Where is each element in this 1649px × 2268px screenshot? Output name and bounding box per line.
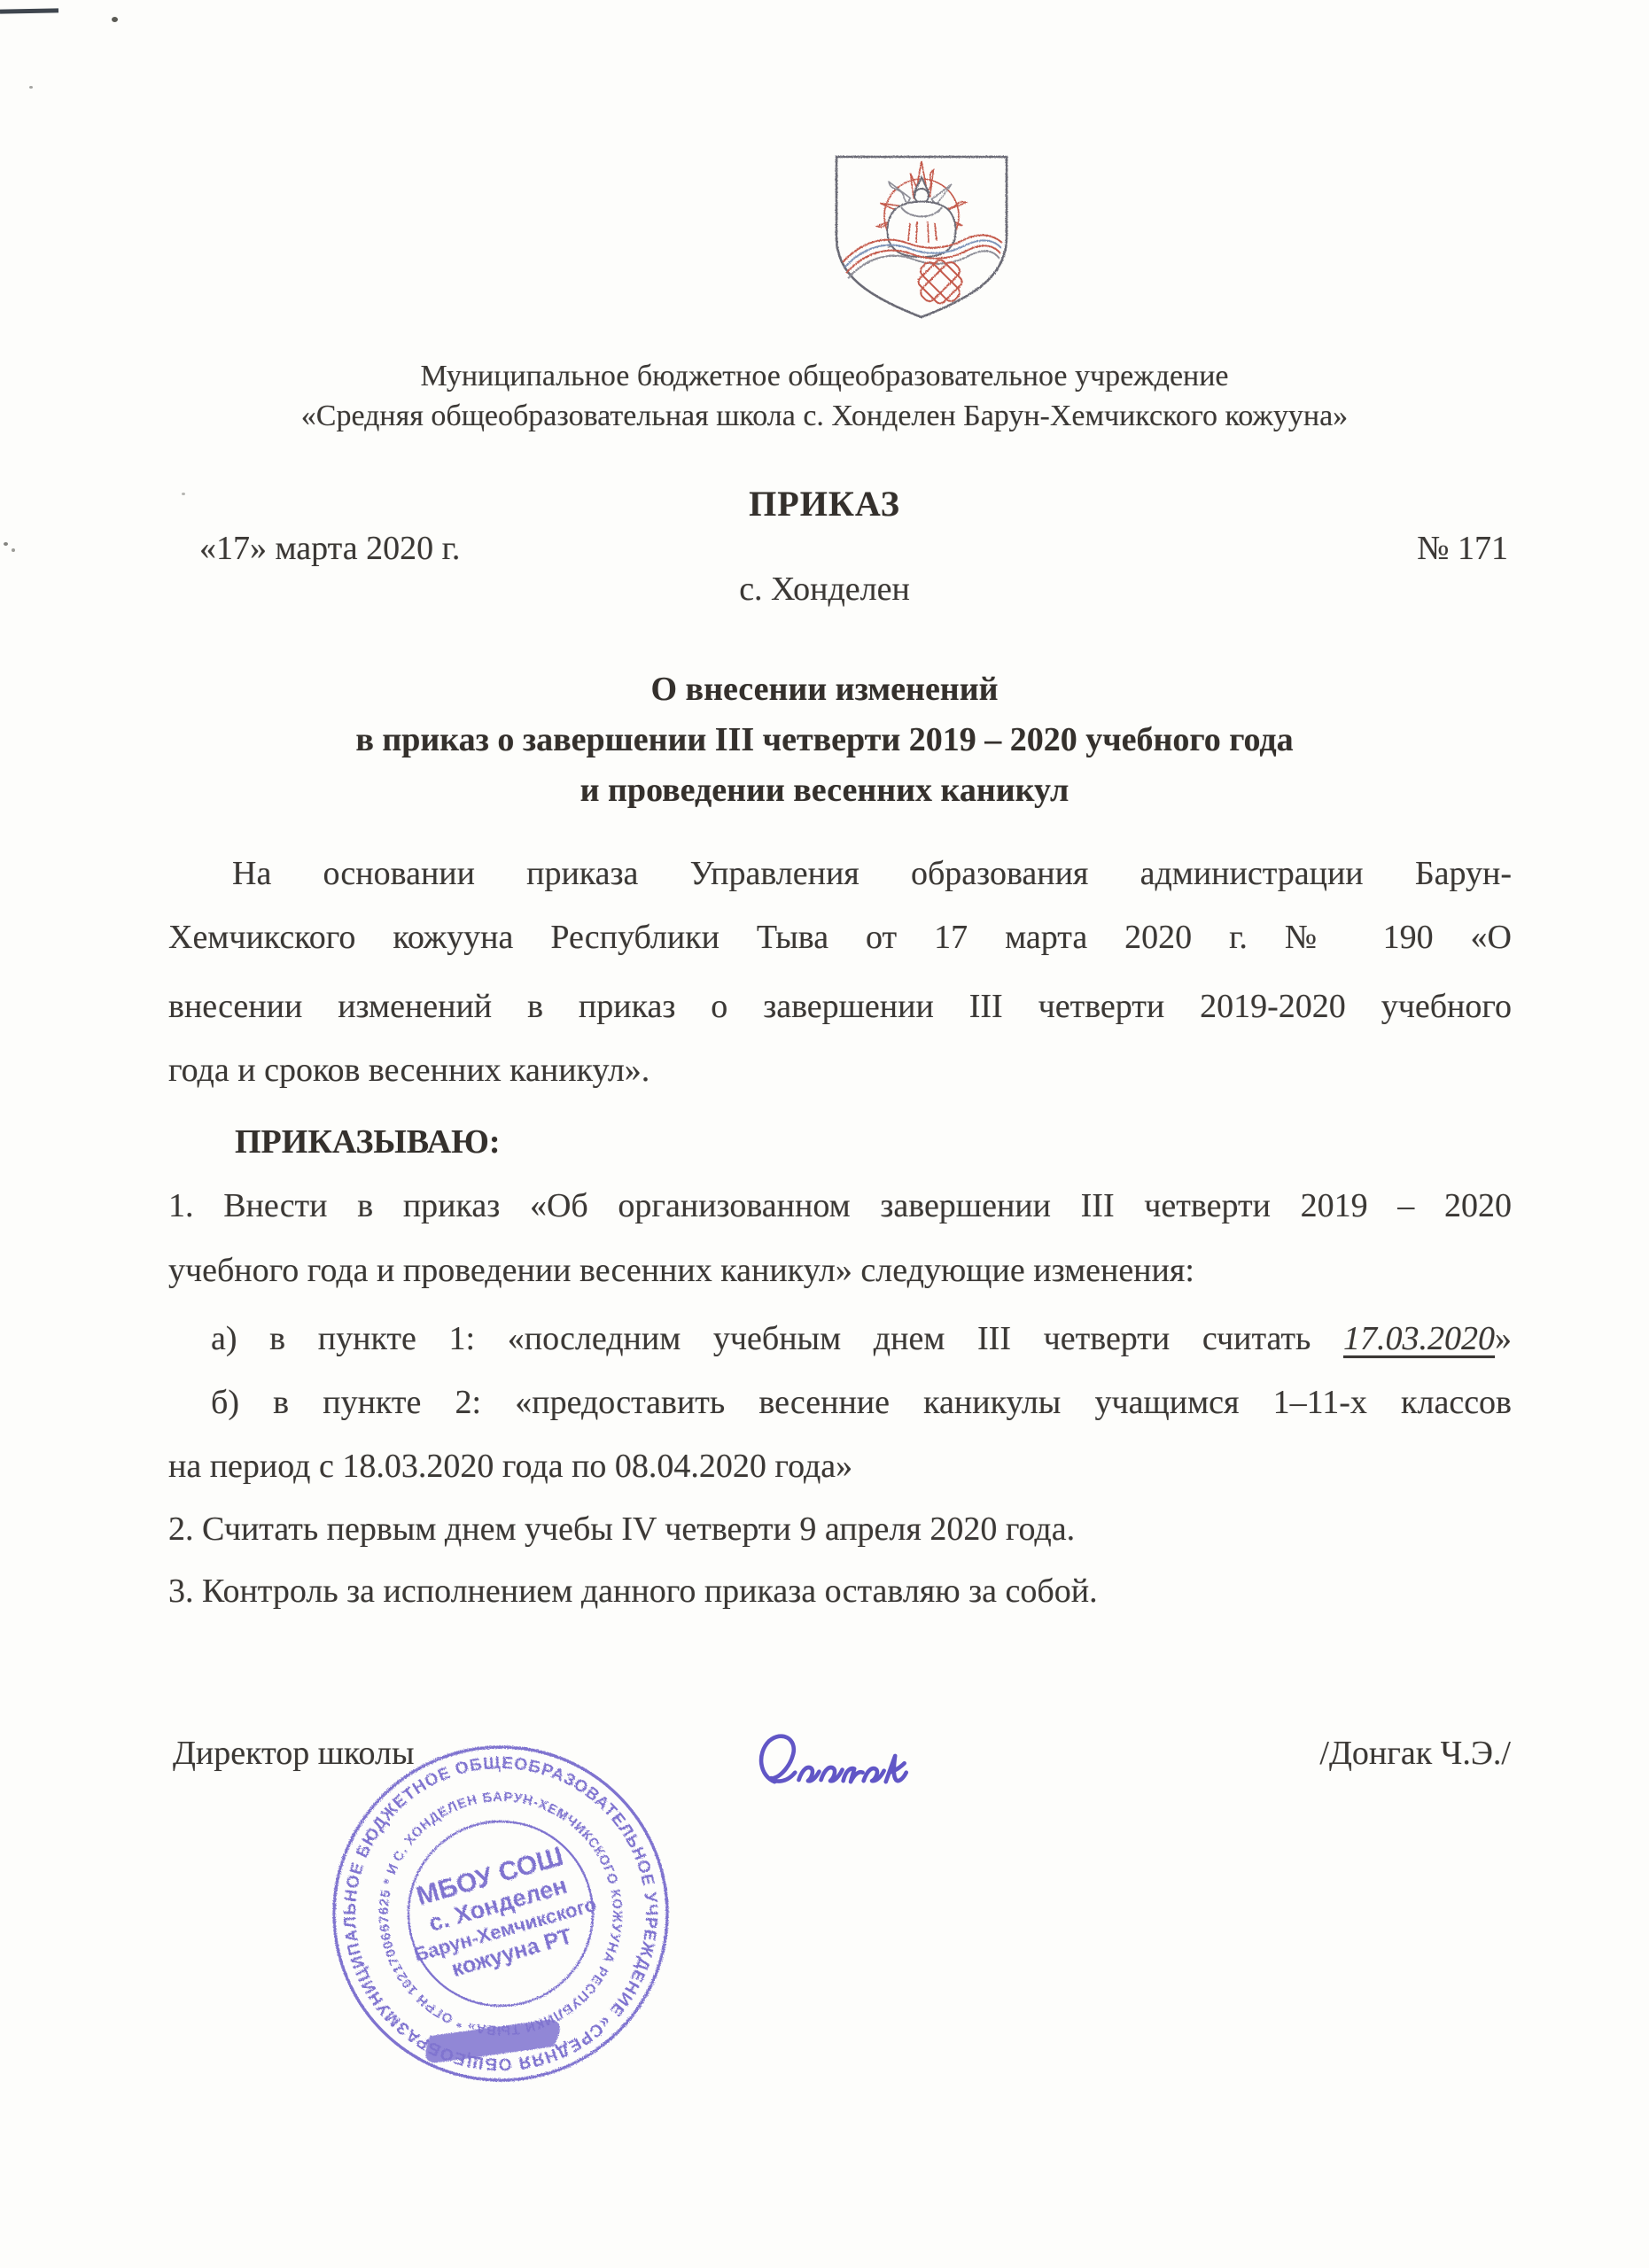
- doc-date: «17» марта 2020 г.: [199, 528, 460, 569]
- stamp-graphic: МУНИЦИПАЛЬНОЕ БЮДЖЕТНОЕ ОБЩЕОБРАЗОВАТЕЛЬ…: [323, 1736, 678, 2091]
- subitem-a-text: а) в пункте 1: «последним учебным днем I…: [211, 1320, 1311, 1357]
- order-item1-line1: 1. Внести в приказ «Об организованном за…: [168, 1185, 1512, 1226]
- order-title-line3: и проведении весенних каникул: [0, 770, 1649, 811]
- director-signature: [749, 1726, 953, 1810]
- scanned-document-page: Муниципальное бюджетное общеобразователь…: [0, 0, 1649, 2268]
- order-subitem-a: а) в пункте 1: «последним учебным днем I…: [168, 1318, 1512, 1359]
- preamble-line4: года и сроков весенних каникул».: [168, 1050, 1512, 1091]
- order-subitem-b-line1: б) в пункте 2: «предоставить весенние ка…: [168, 1382, 1512, 1423]
- order-item1-line2: учебного года и проведении весенних кани…: [168, 1250, 1512, 1291]
- doc-type-title: ПРИКАЗ: [0, 483, 1649, 526]
- preamble-line3: внесении изменений в приказ о завершении…: [168, 986, 1512, 1027]
- order-subitem-b-line2: на период с 18.03.2020 года по 08.04.202…: [168, 1446, 1512, 1487]
- order-item2: 2. Считать первым днем учебы IV четверти…: [168, 1509, 1512, 1550]
- order-title-line1: О внесении изменений: [0, 669, 1649, 710]
- order-item3: 3. Контроль за исполнением данного прика…: [168, 1571, 1512, 1612]
- order-title-line2: в приказ о завершении III четверти 2019 …: [0, 719, 1649, 760]
- tuva-coat-of-arms: [832, 152, 1011, 322]
- scan-artifact-corner-line: [0, 8, 58, 13]
- scan-artifact-speck: [4, 542, 8, 546]
- scan-artifact-speck: [112, 17, 118, 22]
- signatory-name: /Донгак Ч.Э./: [1319, 1733, 1511, 1774]
- scan-artifact-speck: [12, 548, 15, 552]
- school-stamp: МУНИЦИПАЛЬНОЕ БЮДЖЕТНОЕ ОБЩЕОБРАЗОВАТЕЛЬ…: [323, 1736, 678, 2091]
- org-name-line1: Муниципальное бюджетное общеобразователь…: [0, 358, 1649, 394]
- preamble-line1: На основании приказа Управления образова…: [168, 853, 1512, 894]
- preamble-line2: Хемчикского кожууна Республики Тыва от 1…: [168, 917, 1512, 958]
- subitem-a-closing-quote: »: [1495, 1320, 1512, 1357]
- doc-number: № 171: [1417, 528, 1508, 569]
- scan-artifact-speck: [29, 86, 33, 89]
- doc-place: с. Хонделен: [0, 569, 1649, 610]
- subitem-a-date: 17.03.2020: [1343, 1320, 1495, 1357]
- org-name-line2: «Средняя общеобразовательная школа с. Хо…: [0, 398, 1649, 434]
- order-keyword: ПРИКАЗЫВАЮ:: [168, 1122, 1578, 1162]
- signature-stroke: [761, 1736, 906, 1783]
